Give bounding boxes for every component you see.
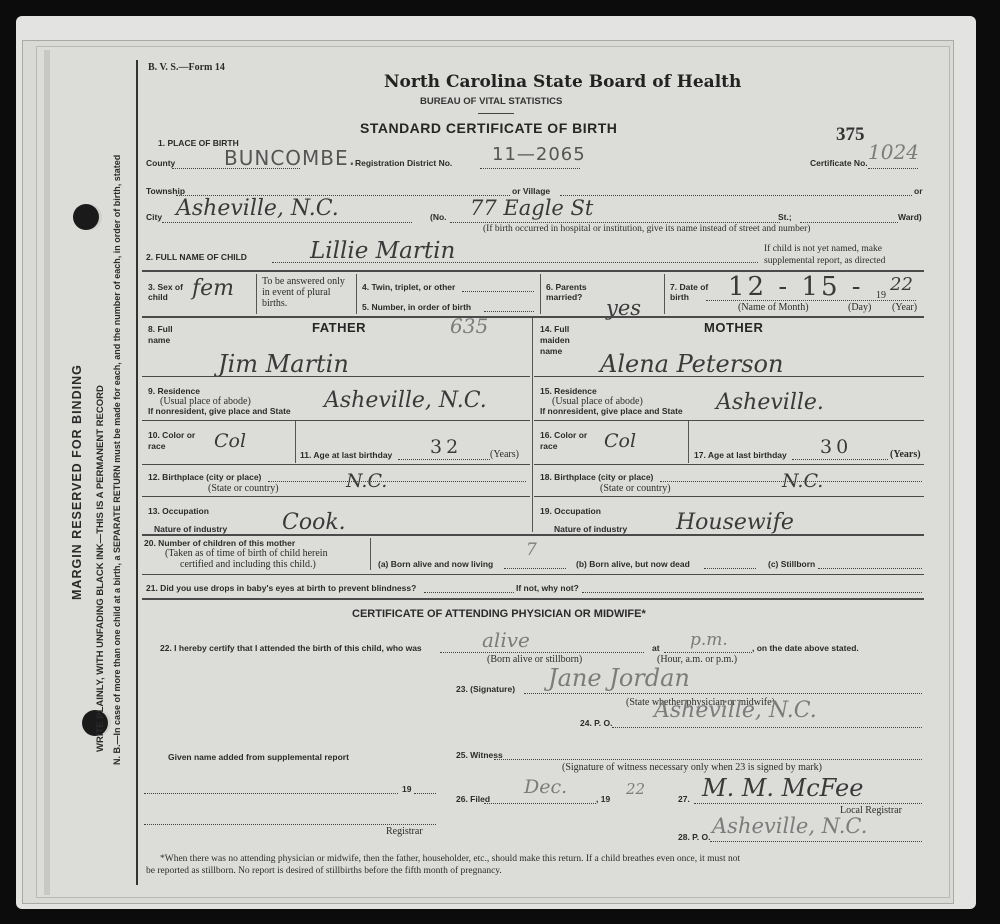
physician-po-value: Asheville, N.C.	[654, 698, 817, 723]
registrar-po-label: 28. P. O.	[678, 832, 710, 842]
brace	[370, 538, 371, 570]
city-value: Asheville, N.C.	[176, 196, 339, 221]
street-value: 77 Eagle St	[470, 196, 593, 220]
footnote-line-2: be reported as stillborn. No report is d…	[146, 866, 502, 876]
title-divider	[478, 113, 514, 114]
mother-age-label: 17. Age at last birthday	[694, 450, 787, 460]
mother-birthplace-label: 18. Birthplace (city or place)	[540, 472, 653, 482]
father-residence-value: Asheville, N.C.	[324, 388, 487, 413]
binding-margin-text: MARGIN RESERVED FOR BINDING	[70, 364, 84, 600]
filed-month-value: Dec.	[524, 776, 567, 798]
divider	[356, 274, 357, 314]
why-not-label: If not, why not?	[516, 583, 579, 593]
rule	[534, 464, 924, 465]
ward-line	[800, 222, 898, 223]
children-label: 20. Number of children of this mother	[144, 538, 295, 548]
father-occupation-label: 13. Occupation	[148, 506, 209, 516]
certify-label: 22. I hereby certify that I attended the…	[160, 643, 422, 653]
supplemental-year-line	[414, 793, 436, 794]
mother-birthplace-sub: (State or country)	[600, 483, 671, 494]
rule-4	[142, 574, 924, 575]
certificate-stamp-number: 375	[836, 124, 865, 146]
date-note: , on the date above stated.	[752, 643, 859, 653]
mother-birthplace-value: N.C.	[782, 470, 823, 492]
father-birthplace-sub: (State or country)	[208, 483, 279, 494]
village-line	[560, 195, 912, 196]
binding-margin-line	[136, 60, 138, 885]
village-label: or Village	[512, 186, 550, 196]
hospital-note: (If birth occurred in hospital or instit…	[483, 224, 810, 234]
district-value: 11—2065	[492, 144, 586, 165]
county-value: BUNCOMBE.	[224, 146, 356, 170]
mother-age-line	[792, 459, 888, 460]
filed-line	[484, 803, 596, 804]
sex-value: fem	[192, 276, 234, 301]
father-race-value: Col	[214, 430, 246, 452]
supplemental-19: 19	[402, 784, 411, 794]
father-birthplace-value: N.C.	[346, 470, 387, 492]
number-label: (No.	[430, 212, 447, 222]
mother-occupation-value: Housewife	[676, 510, 794, 535]
board-title: North Carolina State Board of Health	[384, 72, 741, 92]
born-alive-dead-line	[704, 568, 756, 569]
district-line	[480, 168, 580, 169]
status-line	[440, 652, 644, 653]
father-industry-label: Nature of industry	[154, 524, 227, 534]
district-label: Registration District No.	[355, 158, 452, 168]
born-alive-living-value: 7	[526, 540, 537, 560]
order-label: 5. Number, in order of birth	[362, 302, 471, 312]
filed-year-value: 22	[626, 780, 645, 798]
eye-drops-label: 21. Did you use drops in baby's eyes at …	[146, 583, 416, 593]
physician-po-label: 24. P. O.	[580, 718, 612, 728]
rule	[534, 376, 924, 377]
dob-year: 22	[890, 274, 913, 295]
rule	[534, 496, 924, 497]
child-name-value: Lillie Martin	[310, 238, 455, 264]
father-birthplace-line	[268, 481, 526, 482]
footnote-line-1: *When there was no attending physician o…	[160, 854, 740, 864]
mother-heading: MOTHER	[704, 320, 763, 335]
child-name-note-2: supplemental report, as directed	[764, 256, 885, 266]
stillborn-line	[818, 568, 922, 569]
born-alive-dead-label: (b) Born alive, but now dead	[576, 559, 690, 569]
county-label: County	[146, 158, 175, 168]
dob-value: 12 - 15 -	[728, 272, 864, 302]
rule-2	[142, 316, 924, 318]
certificate-handwritten-number: 1024	[868, 140, 919, 164]
birth-status-value: alive	[482, 628, 530, 652]
nb-note-text: N. B.—In case of more than one child at …	[112, 155, 122, 765]
mother-name-value: Alena Peterson	[600, 350, 783, 378]
bureau-title: BUREAU OF VITAL STATISTICS	[420, 96, 562, 107]
signature-label: 23. (Signature)	[456, 684, 515, 694]
rule	[142, 420, 530, 421]
dob-century: 19	[876, 290, 886, 301]
married-label: 6. Parents married?	[546, 282, 606, 302]
father-annotation: 635	[450, 314, 488, 338]
father-years-label: (Years)	[490, 449, 519, 460]
year-caption: (Year)	[892, 302, 917, 313]
supplemental-label: Given name added from supplemental repor…	[168, 752, 349, 762]
why-not-line	[582, 592, 922, 593]
city-label: City	[146, 212, 162, 222]
local-registrar-signature: M. M. McFee	[702, 774, 863, 802]
mother-race-value: Col	[604, 430, 636, 452]
rule	[142, 376, 530, 377]
mother-residence-value: Asheville.	[716, 390, 824, 415]
hour-line	[664, 652, 752, 653]
local-registrar-number: 27.	[678, 794, 690, 804]
rule-3	[142, 534, 924, 536]
eye-drops-line	[424, 592, 514, 593]
father-mother-divider	[532, 318, 533, 532]
binder-hole-top	[73, 204, 99, 230]
father-occupation-value: Cook.	[282, 510, 346, 535]
father-race-label: 10. Color or race	[148, 430, 198, 452]
stillborn-label: (c) Stillborn	[768, 559, 815, 569]
rule	[142, 496, 530, 497]
father-name-value: Jim Martin	[218, 350, 349, 378]
twin-label: 4. Twin, triplet, or other	[362, 282, 455, 292]
rule-5	[142, 598, 924, 600]
form-id: B. V. S.—Form 14	[148, 62, 225, 73]
physician-po-line	[612, 727, 922, 728]
registrar-po-line	[710, 841, 922, 842]
signature-value: Jane Jordan	[548, 664, 690, 692]
father-age-line	[398, 459, 490, 460]
ward-label: Ward)	[898, 212, 922, 222]
plural-note: To be answered only in event of plural b…	[262, 276, 350, 309]
divider	[688, 421, 689, 463]
filed-century: , 19	[596, 794, 610, 804]
page-fold	[44, 50, 50, 895]
child-name-note-1: If child is not yet named, make	[764, 244, 882, 254]
order-line	[484, 311, 534, 312]
certificate-no-label: Certificate No.	[810, 158, 868, 168]
physician-heading: CERTIFICATE OF ATTENDING PHYSICIAN OR MI…	[352, 608, 646, 620]
mother-age-value: 30	[820, 436, 852, 458]
father-age-value: 32	[430, 436, 462, 458]
divider	[295, 421, 296, 463]
mother-race-label: 16. Color or race	[540, 430, 590, 452]
witness-caption: (Signature of witness necessary only whe…	[562, 762, 822, 773]
city-line	[162, 222, 412, 223]
mother-occupation-label: 19. Occupation	[540, 506, 601, 516]
registrar-line	[144, 824, 436, 825]
mother-residence-note: If nonresident, give place and State	[540, 406, 683, 416]
signature-line	[524, 693, 922, 694]
father-residence-label: 9. Residence	[148, 386, 200, 396]
children-sub-2: certified and including this child.)	[180, 559, 316, 570]
local-registrar-line	[694, 803, 922, 804]
father-name-label: 8. Full name	[148, 324, 178, 346]
father-birthplace-label: 12. Birthplace (city or place)	[148, 472, 261, 482]
divider	[256, 274, 257, 314]
father-age-label: 11. Age at last birthday	[300, 450, 392, 460]
twin-line	[462, 291, 534, 292]
child-name-label: 2. FULL NAME OF CHILD	[146, 252, 247, 262]
mother-residence-label: 15. Residence	[540, 386, 597, 396]
at-label: at	[652, 643, 660, 653]
divider	[540, 274, 541, 314]
hour-value: p.m.	[690, 630, 728, 650]
sex-label: 3. Sex of child	[148, 282, 184, 302]
father-residence-note: If nonresident, give place and State	[148, 406, 291, 416]
certificate-line	[868, 168, 918, 169]
divider	[664, 274, 665, 314]
street-line	[450, 222, 780, 223]
dob-label: 7. Date of birth	[670, 282, 710, 302]
registrar-caption: Registrar	[386, 826, 423, 837]
rule	[142, 464, 530, 465]
born-alive-living-label: (a) Born alive and now living	[378, 559, 493, 569]
certificate-title: STANDARD CERTIFICATE OF BIRTH	[360, 120, 617, 136]
mother-years-label: (Years)	[890, 449, 921, 460]
supplemental-line	[144, 793, 398, 794]
father-heading: FATHER	[312, 320, 366, 335]
mother-name-label: 14. Full maiden name	[540, 324, 580, 357]
day-caption: (Day)	[848, 302, 871, 313]
registrar-po-value: Asheville, N.C.	[712, 814, 867, 838]
ink-instruction-text: WRITE PLAINLY, WITH UNFADING BLACK INK—T…	[95, 385, 106, 752]
mother-industry-label: Nature of industry	[554, 524, 627, 534]
rule	[534, 420, 924, 421]
month-caption: (Name of Month)	[738, 302, 809, 313]
children-sub-1: (Taken as of time of birth of child here…	[165, 548, 328, 559]
born-alive-living-line	[504, 568, 566, 569]
witness-line	[494, 759, 922, 760]
or-label: or	[914, 186, 923, 196]
st-label: St.;	[778, 212, 792, 222]
